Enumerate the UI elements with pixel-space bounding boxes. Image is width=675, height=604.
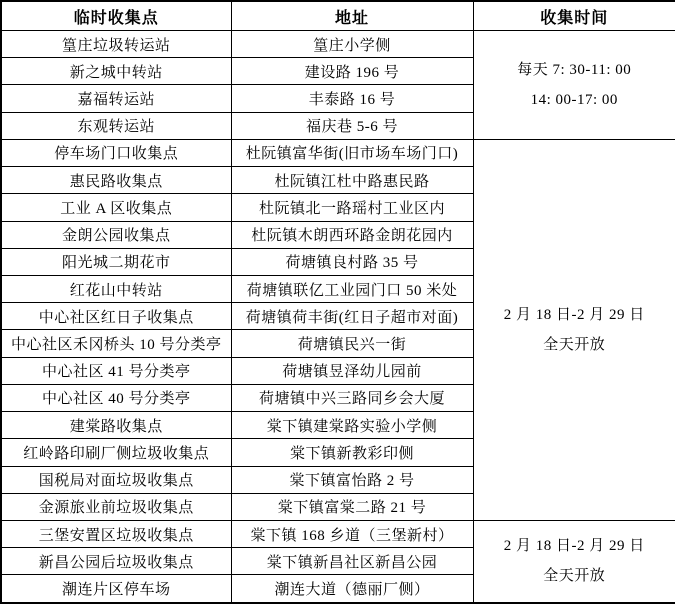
address: 杜阮镇北一路瑶村工业区内 (231, 194, 473, 221)
address: 杜阮镇富华街(旧市场车场门口) (231, 139, 473, 166)
collection-points-table: 临时收集点 地址 收集时间 篁庄垃圾转运站 篁庄小学侧 每天 7: 30-11:… (0, 0, 675, 604)
time-cell: 2 月 18 日-2 月 29 日 全天开放 (473, 520, 675, 603)
collection-point: 新昌公园后垃圾收集点 (1, 548, 231, 575)
collection-point: 潮连片区停车场 (1, 575, 231, 603)
time-line: 全天开放 (476, 330, 674, 360)
address: 建设路 196 号 (231, 58, 473, 85)
address: 荷塘镇荷丰街(红日子超市对面) (231, 303, 473, 330)
time-line: 14: 00-17: 00 (476, 85, 674, 115)
collection-point: 篁庄垃圾转运站 (1, 31, 231, 58)
address: 荷塘镇昱泽幼儿园前 (231, 357, 473, 384)
address: 棠下镇富怡路 2 号 (231, 466, 473, 493)
collection-point: 红花山中转站 (1, 275, 231, 302)
collection-point: 惠民路收集点 (1, 167, 231, 194)
address: 杜阮镇江杜中路惠民路 (231, 167, 473, 194)
address: 潮连大道（德丽厂侧） (231, 575, 473, 603)
collection-point: 东观转运站 (1, 112, 231, 139)
header-time: 收集时间 (473, 1, 675, 31)
address: 荷塘镇中兴三路同乡会大厦 (231, 384, 473, 411)
time-line: 每天 7: 30-11: 00 (476, 55, 674, 85)
table-row: 篁庄垃圾转运站 篁庄小学侧 每天 7: 30-11: 00 14: 00-17:… (1, 31, 675, 58)
header-collection-point: 临时收集点 (1, 1, 231, 31)
collection-point: 金源旅业前垃圾收集点 (1, 493, 231, 520)
time-line: 2 月 18 日-2 月 29 日 (476, 531, 674, 561)
address: 篁庄小学侧 (231, 31, 473, 58)
address: 棠下镇 168 乡道（三堡新村） (231, 520, 473, 547)
document-page: 临时收集点 地址 收集时间 篁庄垃圾转运站 篁庄小学侧 每天 7: 30-11:… (0, 0, 675, 604)
address: 荷塘镇联亿工业园门口 50 米处 (231, 275, 473, 302)
collection-point: 三堡安置区垃圾收集点 (1, 520, 231, 547)
collection-point: 阳光城二期花市 (1, 248, 231, 275)
collection-point: 红岭路印刷厂侧垃圾收集点 (1, 439, 231, 466)
address: 棠下镇新昌社区新昌公园 (231, 548, 473, 575)
table-row: 三堡安置区垃圾收集点 棠下镇 168 乡道（三堡新村） 2 月 18 日-2 月… (1, 520, 675, 547)
time-cell: 每天 7: 30-11: 00 14: 00-17: 00 (473, 31, 675, 140)
address: 杜阮镇木朗西环路金朗花园内 (231, 221, 473, 248)
time-cell: 2 月 18 日-2 月 29 日 全天开放 (473, 139, 675, 520)
header-address: 地址 (231, 1, 473, 31)
collection-point: 中心社区 41 号分类亭 (1, 357, 231, 384)
collection-point: 中心社区红日子收集点 (1, 303, 231, 330)
collection-point: 金朗公园收集点 (1, 221, 231, 248)
address: 荷塘镇民兴一街 (231, 330, 473, 357)
collection-point: 中心社区 40 号分类亭 (1, 384, 231, 411)
header-row: 临时收集点 地址 收集时间 (1, 1, 675, 31)
table-row: 停车场门口收集点 杜阮镇富华街(旧市场车场门口) 2 月 18 日-2 月 29… (1, 139, 675, 166)
collection-point: 中心社区禾冈桥头 10 号分类亭 (1, 330, 231, 357)
collection-point: 嘉福转运站 (1, 85, 231, 112)
time-line: 2 月 18 日-2 月 29 日 (476, 300, 674, 330)
collection-point: 工业 A 区收集点 (1, 194, 231, 221)
collection-point: 国税局对面垃圾收集点 (1, 466, 231, 493)
collection-point: 建棠路收集点 (1, 412, 231, 439)
address: 丰泰路 16 号 (231, 85, 473, 112)
collection-point: 停车场门口收集点 (1, 139, 231, 166)
address: 棠下镇建棠路实验小学侧 (231, 412, 473, 439)
address: 福庆巷 5-6 号 (231, 112, 473, 139)
address: 荷塘镇良村路 35 号 (231, 248, 473, 275)
address: 棠下镇富棠二路 21 号 (231, 493, 473, 520)
address: 棠下镇新教彩印侧 (231, 439, 473, 466)
time-line: 全天开放 (476, 561, 674, 591)
collection-point: 新之城中转站 (1, 58, 231, 85)
